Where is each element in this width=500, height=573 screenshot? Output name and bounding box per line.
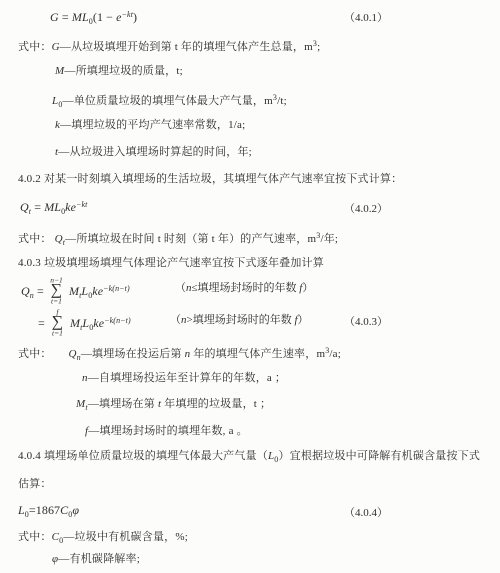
definition-t: t—从垃圾进入填埋场时算起的时间，年; <box>55 145 252 159</box>
definition-M: M—所填埋垃圾的质量，t; <box>55 64 183 78</box>
formula-4-0-3-condition-1: （n≤填埋场封场时的年数 f） <box>175 281 313 295</box>
section-4-0-2: 4.0.2 对某一时刻填入填埋场的生活垃圾，其填埋气体产气速率宜按下式计算： <box>18 172 402 186</box>
formula-4-0-3-line2: = f∑t=1MtL0ke−k(n−t) <box>38 314 131 335</box>
formula-4-0-4: L0=1867C0φ <box>18 503 79 522</box>
formula-4-0-3-condition-2: （n>填埋场封场时的年数 f） <box>170 313 309 327</box>
section-4-0-4-line1: 4.0.4 填埋场单位质量垃圾的填埋气体最大产气量（L0）宜根据垃圾中可降解有机… <box>18 449 480 467</box>
formula-4-0-2-number: （4.0.2） <box>344 200 388 216</box>
definition-C0: 式中：C0—垃圾中有机碳含量，%; <box>18 530 188 548</box>
document-page: G = ML0(1 − e−kt) （4.0.1） 式中：G—从垃圾填埋开始到第… <box>0 0 500 573</box>
definition-Mt: Mt—填埋场在第 t 年填埋的垃圾量，t ； <box>76 397 271 415</box>
definition-f: f—填埋场封场时的填埋年数, a 。 <box>85 424 248 438</box>
definition-G: 式中：G—从垃圾填埋开始到第 t 年的填埋气体产生总量，m3; <box>18 37 320 54</box>
formula-4-0-1: G = ML0(1 − e−kt) <box>50 8 137 29</box>
formula-4-0-3-number: （4.0.3） <box>344 313 388 329</box>
summation-symbol: n−1∑t=1 <box>49 285 64 296</box>
definition-n: n—自填埋场投运年至计算年的年数，a ； <box>82 371 286 385</box>
definition-Qt: 式中： Qt—所填垃圾在时间 t 时刻（第 t 年）的产气速率，m3/年; <box>18 229 338 250</box>
formula-4-0-3-line1: Qn = n−1∑t=1MtL0ke−k(n−t) <box>21 282 130 303</box>
formula-4-0-2: Qt = ML0ke−kt <box>20 198 88 219</box>
definition-k: k—填埋垃圾的平均产气速率常数，1/a; <box>55 118 245 132</box>
formula-4-0-1-number: （4.0.1） <box>344 9 388 25</box>
formula-4-0-4-number: （4.0.4） <box>344 504 388 520</box>
summation-symbol: f∑t=1 <box>50 317 65 328</box>
section-4-0-3: 4.0.3 垃圾填埋场填埋气体理论产气速率宜按下式逐年叠加计算 <box>18 256 324 270</box>
section-4-0-4-line2: 估算： <box>18 477 52 491</box>
definition-Qn: 式中： Qn—填埋场在投运后第 n 年的填埋气体产生速率，m3/a; <box>18 344 341 365</box>
definition-L0: L0—单位质量垃圾的填埋气体最大产气量，m3/t; <box>52 91 287 112</box>
definition-phi: φ—有机碳降解率; <box>52 552 140 566</box>
